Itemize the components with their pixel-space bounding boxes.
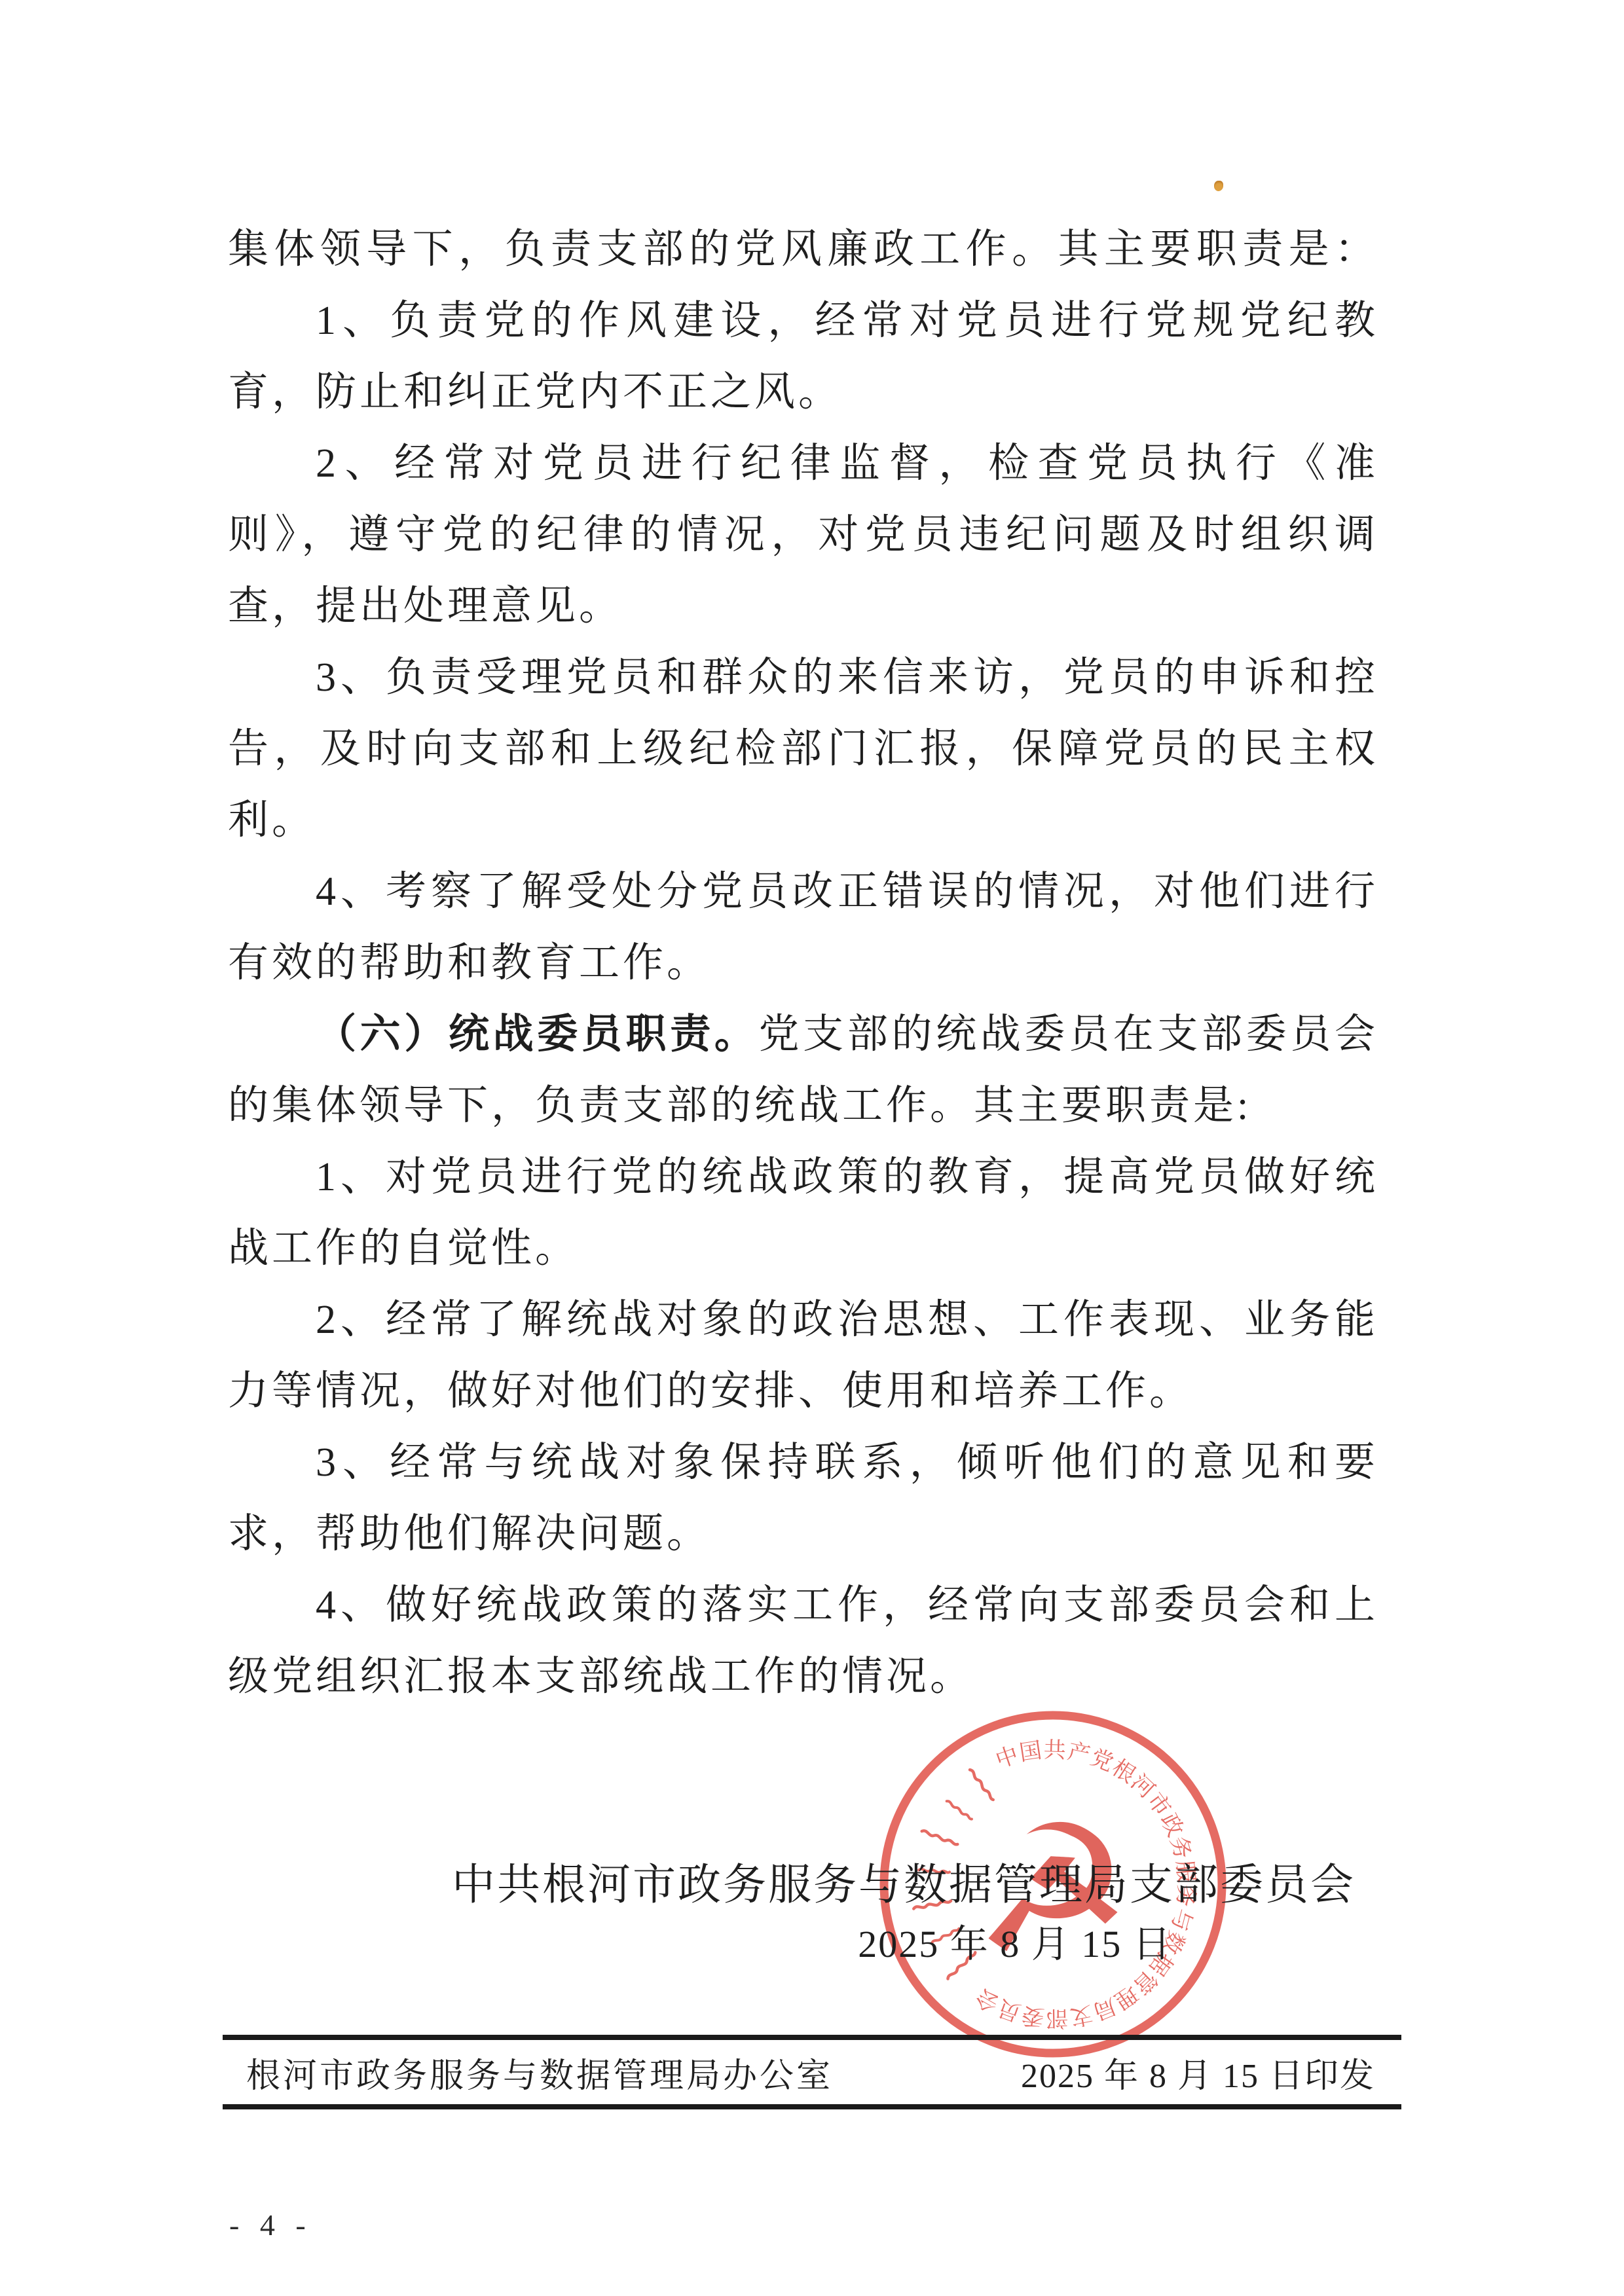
body-line: 4、做好统战政策的落实工作，经常向支部委员会和上 <box>228 1570 1378 1641</box>
scan-artifact-speck <box>1214 181 1223 191</box>
body-line: 求，帮助他们解决问题。 <box>228 1499 1378 1570</box>
body-line: 育，防止和纠正党内不正之风。 <box>228 357 1378 428</box>
document-date: 2025 年 8 月 15 日 <box>819 1909 1211 1980</box>
body-line: 集体领导下，负责支部的党风廉政工作。其主要职责是： <box>228 214 1378 285</box>
body-line: 则》，遵守党的纪律的情况，对党员违纪问题及时组织调 <box>228 500 1378 571</box>
body-line: 1、对党员进行党的统战政策的教育，提高党员做好统 <box>228 1142 1378 1213</box>
body-line: 2、经常了解统战对象的政治思想、工作表现、业务能 <box>228 1285 1378 1356</box>
page-number: - 4 - <box>229 2208 312 2243</box>
footer-issuing-office: 根河市政务服务与数据管理局办公室 <box>246 2048 833 2097</box>
body-line: 3、负责受理党员和群众的来信来访，党员的申诉和控 <box>228 642 1378 714</box>
body-line: 1、负责党的作风建设，经常对党员进行党规党纪教 <box>228 285 1378 357</box>
footer-issue-date: 2025 年 8 月 15 日印发 <box>1021 2048 1375 2097</box>
body-line: 告，及时向支部和上级纪检部门汇报，保障党员的民主权 <box>228 714 1378 785</box>
body-line: 查，提出处理意见。 <box>228 571 1378 642</box>
section-heading-bold: （六）统战委员职责。 <box>316 1012 759 1057</box>
body-line: 力等情况，做好对他们的安排、使用和培养工作。 <box>228 1356 1378 1427</box>
body-line: 3、经常与统战对象保持联系，倾听他们的意见和要 <box>228 1427 1378 1499</box>
document-body: 集体领导下，负责支部的党风廉政工作。其主要职责是： 1、负责党的作风建设，经常对… <box>228 214 1378 1713</box>
body-line: 有效的帮助和教育工作。 <box>228 928 1378 999</box>
body-line: 战工作的自觉性。 <box>228 1213 1378 1285</box>
body-line: 2、经常对党员进行纪律监督，检查党员执行《准 <box>228 428 1378 500</box>
body-line: 的集体领导下，负责支部的统战工作。其主要职责是: <box>228 1070 1378 1142</box>
body-line: 利。 <box>228 785 1378 856</box>
body-line-section-heading: （六）统战委员职责。党支部的统战委员在支部委员会 <box>228 999 1378 1070</box>
scanned-document-page: 集体领导下，负责支部的党风廉政工作。其主要职责是： 1、负责党的作风建设，经常对… <box>0 0 1624 2296</box>
footer-band: 根河市政务服务与数据管理局办公室 2025 年 8 月 15 日印发 <box>223 2035 1401 2109</box>
body-line: 4、考察了解受处分党员改正错误的情况，对他们进行 <box>228 856 1378 928</box>
section-heading-rest: 党支部的统战委员在支部委员会 <box>759 1012 1378 1057</box>
